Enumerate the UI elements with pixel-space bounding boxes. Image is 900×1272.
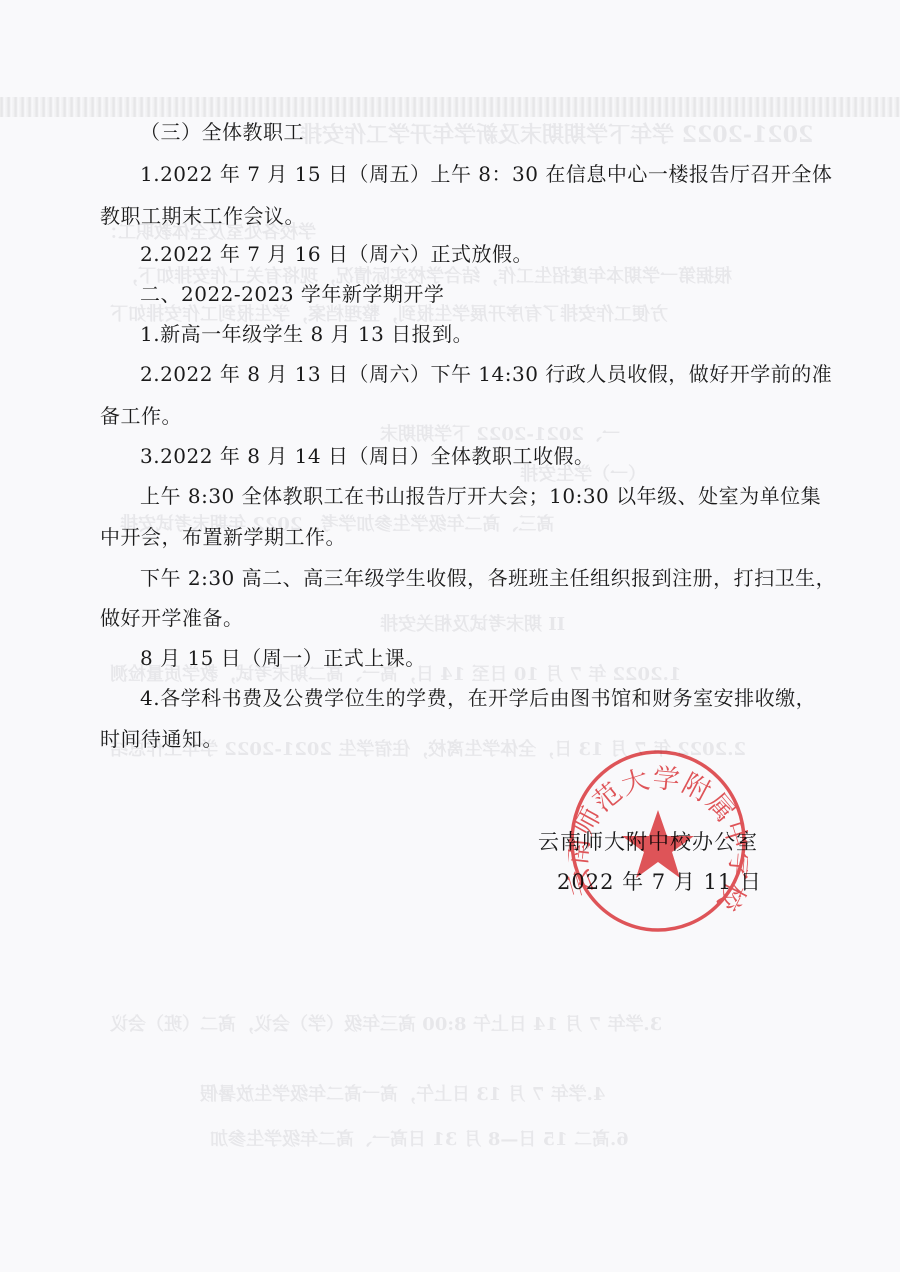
classes-start: 8 月 15 日（周一）正式上课。: [140, 644, 426, 672]
staff-item-2: 2.2022 年 7 月 16 日（周六）正式放假。: [140, 240, 533, 268]
morning-meeting-line1: 上午 8:30 全体教职工在书山报告厅开大会；10:30 以年级、处室为单位集: [140, 482, 821, 510]
bleed-through-title: 2021-2022 学年下学期期末及新学年开学工作安排: [300, 118, 813, 149]
staff-item-1-line2: 教职工期末工作会议。: [100, 202, 305, 230]
bleed-through-line: 4.学年 7 月 13 日上午，高一高二年级学生放暑假: [200, 1080, 605, 1106]
new-term-item-3: 3.2022 年 8 月 14 日（周日）全体教职工收假。: [140, 442, 594, 470]
new-term-item-1: 1.新高一年级学生 8 月 13 日报到。: [140, 320, 473, 348]
afternoon-return-line1: 下午 2:30 高二、高三年级学生收假，各班班主任组织报到注册，打扫卫生，: [140, 564, 836, 592]
bleed-through-line: 3.学年 7 月 14 日上午 8:00 高三年级（学）会议，高二（班）会议: [110, 1010, 662, 1036]
new-term-item-4-line2: 时间待通知。: [100, 725, 223, 753]
new-term-item-2-line1: 2.2022 年 8 月 13 日（周六）下午 14:30 行政人员收假，做好开…: [140, 360, 832, 388]
morning-meeting-line2: 中开会，布置新学期工作。: [100, 523, 346, 551]
staff-item-1-line1: 1.2022 年 7 月 15 日（周五）上午 8：30 在信息中心一楼报告厅召…: [140, 160, 832, 188]
afternoon-return-line2: 做好开学准备。: [100, 604, 244, 632]
bleed-through-line: II 期末考试及相关安排: [380, 610, 565, 636]
section-heading-all-staff: （三）全体教职工: [140, 118, 304, 146]
official-seal-icon: 云南师范大学附属中学校: [568, 748, 748, 934]
new-term-item-4-line1: 4.各学科书费及公费学位生的学费，在开学后由图书馆和财务室安排收缴，: [140, 684, 816, 712]
section-heading-new-term: 二、2022-2023 学年新学期开学: [140, 280, 444, 308]
scan-artifact-band: [0, 97, 900, 117]
new-term-item-2-line2: 备工作。: [100, 402, 182, 430]
bleed-through-line: 6.高二 15 日—8 月 31 日高一、高二年级学生参加: [210, 1125, 629, 1151]
